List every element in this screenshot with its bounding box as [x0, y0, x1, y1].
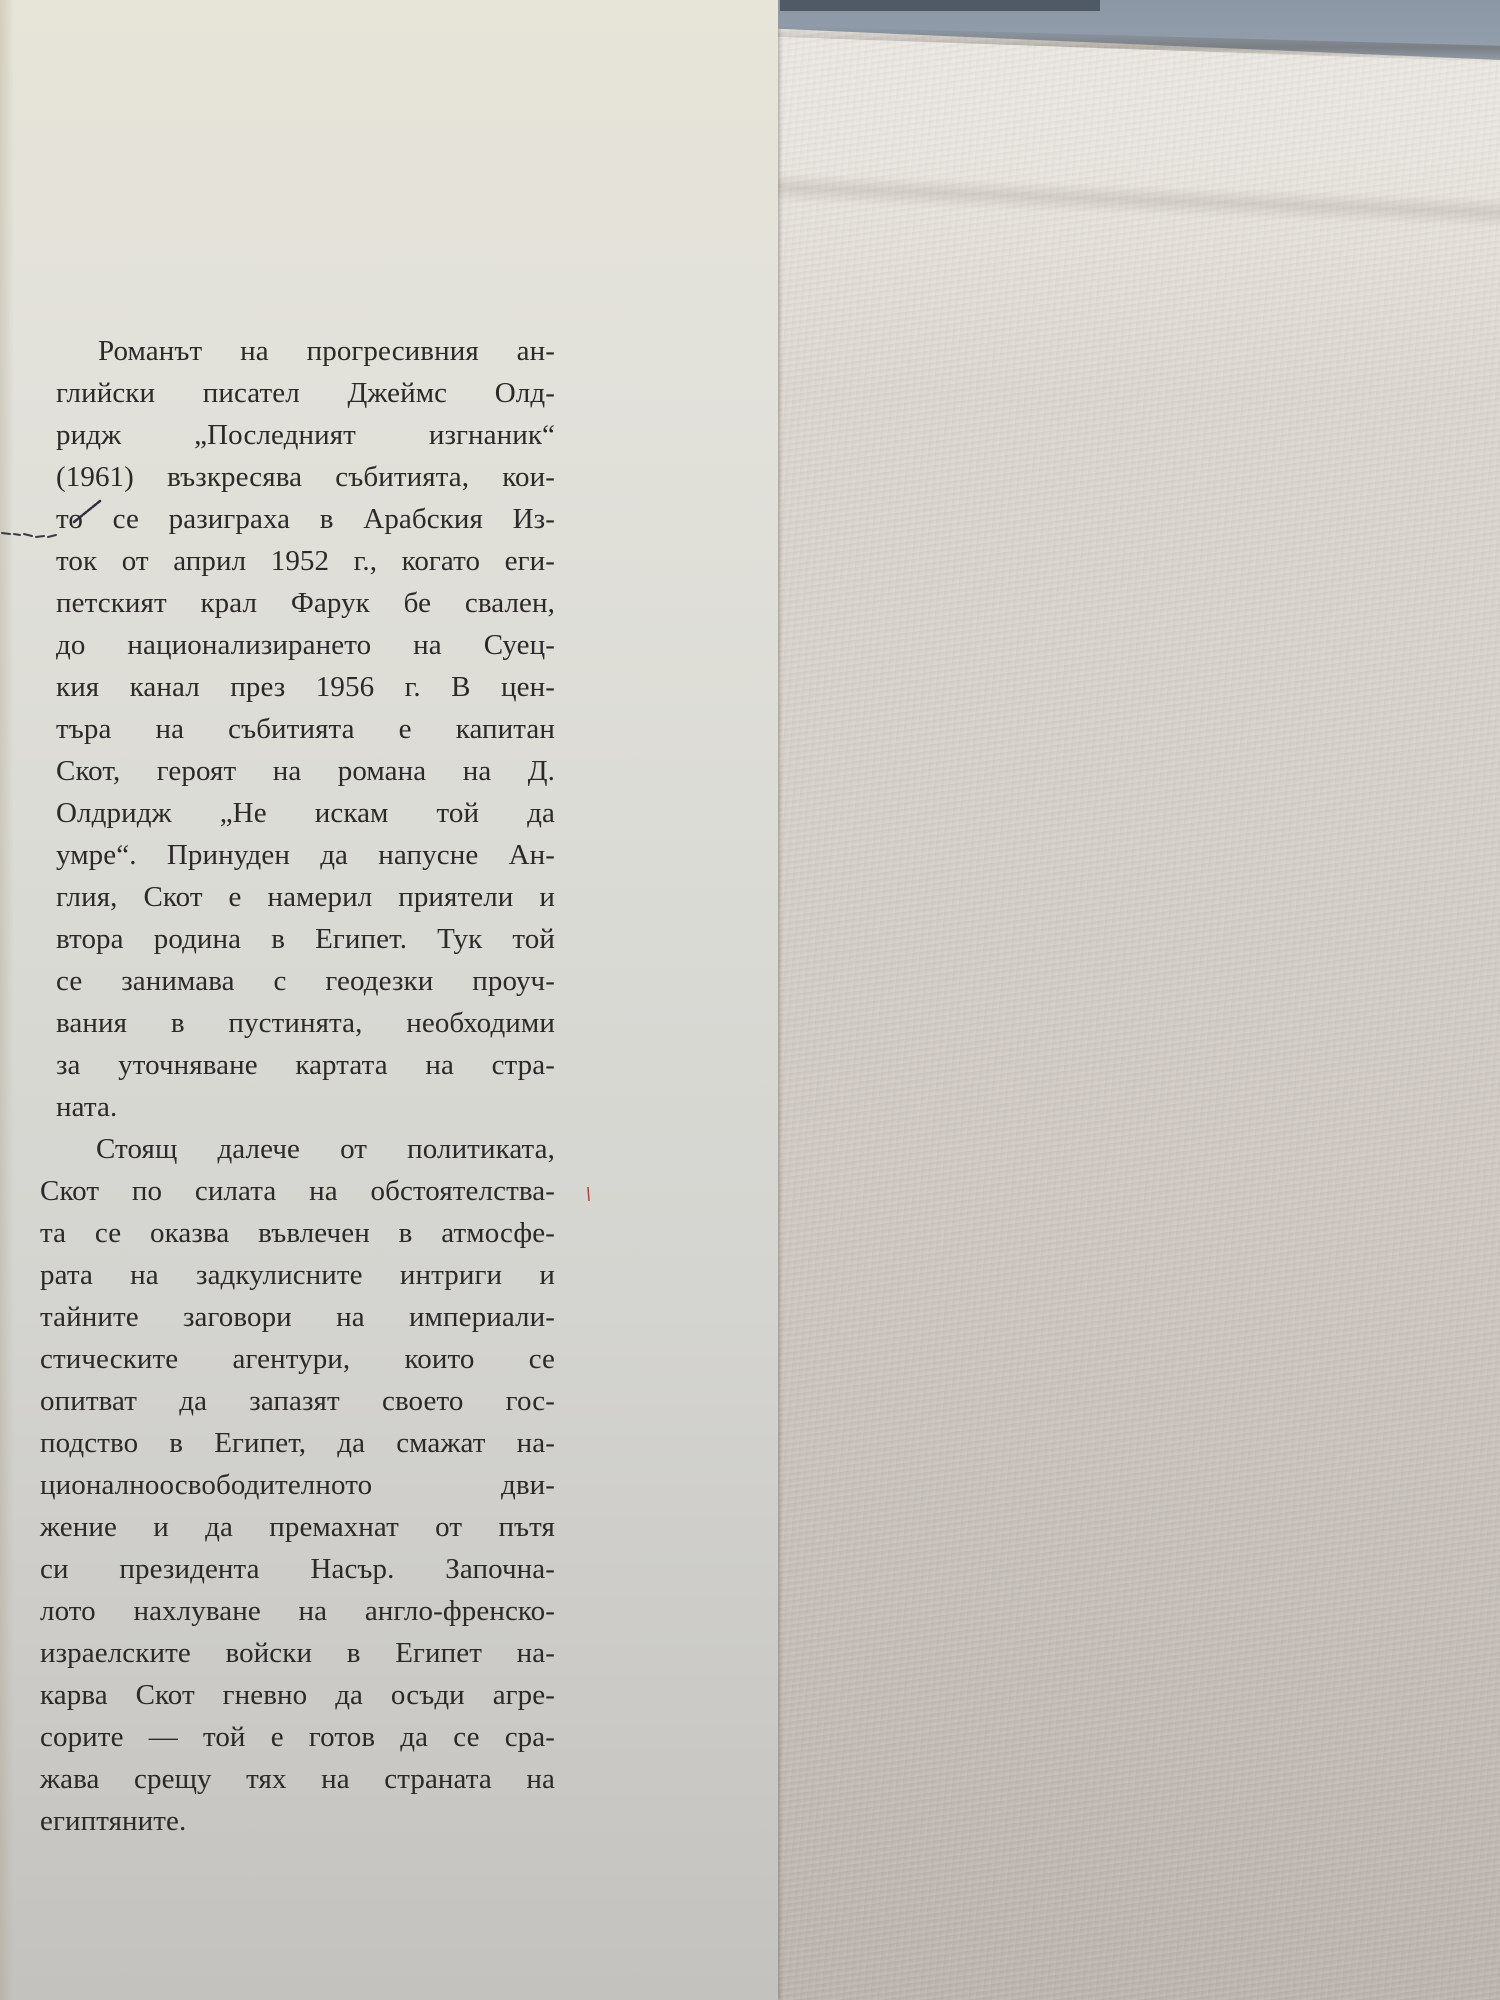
text-line: се занимава с геодезки проуч- — [40, 960, 555, 1002]
paragraph-1: Романът на прогресивния ан-глийски писат… — [40, 330, 555, 1128]
text-line: за уточняване картата на стра- — [40, 1044, 555, 1086]
text-line: (1961) възкресява събитията, кои- — [40, 456, 555, 498]
text-line: стическите агентури, които се — [40, 1338, 555, 1380]
text-line: умре“. Принуден да напусне Ан- — [40, 834, 555, 876]
text-line: ната. — [40, 1086, 555, 1128]
text-line: опитват да запазят своето гос- — [40, 1380, 555, 1422]
dark-object-edge — [780, 0, 1100, 11]
text-line: Романът на прогресивния ан- — [40, 330, 555, 372]
text-line: ридж „Последният изгнаник“ — [40, 414, 555, 456]
text-line: подство в Египет, да смажат на- — [40, 1422, 555, 1464]
text-line: глия, Скот е намерил приятели и — [40, 876, 555, 918]
text-line: Скот по силата на обстоятелства- — [40, 1170, 555, 1212]
text-line: карва Скот гневно да осъди агре- — [40, 1674, 555, 1716]
text-line: жение и да премахнат от пътя — [40, 1506, 555, 1548]
textured-paper-background — [778, 0, 1500, 2000]
text-line: тайните заговори на империали- — [40, 1296, 555, 1338]
text-line: ток от април 1952 г., когато еги- — [40, 540, 555, 582]
paper-shadow-streak — [778, 172, 1500, 227]
text-line: египтяните. — [40, 1800, 555, 1842]
text-line: глийски писател Джеймс Олд- — [40, 372, 555, 414]
text-line: израелските войски в Египет на- — [40, 1632, 555, 1674]
text-line: жава срещу тях на страната на — [40, 1758, 555, 1800]
text-line: Стоящ далече от политиката, — [40, 1128, 555, 1170]
text-line: кия канал през 1956 г. В цен- — [40, 666, 555, 708]
text-line: си президента Насър. Започна- — [40, 1548, 555, 1590]
text-line: то се разиграха в Арабския Из- — [40, 498, 555, 540]
text-line: вания в пустинята, необходими — [40, 1002, 555, 1044]
text-line: сорите — той е готов да се сра- — [40, 1716, 555, 1758]
text-line: до национализирането на Суец- — [40, 624, 555, 666]
red-ink-mark — [585, 1185, 591, 1215]
text-line: Олдридж „Не искам той да — [40, 792, 555, 834]
text-line: ционалноосвободителното дви- — [40, 1464, 555, 1506]
text-line: та се оказва въвлечен в атмосфе- — [40, 1212, 555, 1254]
text-line: търа на събитията е капитан — [40, 708, 555, 750]
text-line: Скот, героят на романа на Д. — [40, 750, 555, 792]
paragraph-2: Стоящ далече от политиката,Скот по силат… — [40, 1128, 555, 1842]
text-line: рата на задкулисните интриги и — [40, 1254, 555, 1296]
blurb-text: Романът на прогресивния ан-глийски писат… — [40, 330, 555, 1842]
text-line: втора родина в Египет. Тук той — [40, 918, 555, 960]
text-line: петският крал Фарук бе свален, — [40, 582, 555, 624]
text-line: лото нахлуване на англо-френско- — [40, 1590, 555, 1632]
